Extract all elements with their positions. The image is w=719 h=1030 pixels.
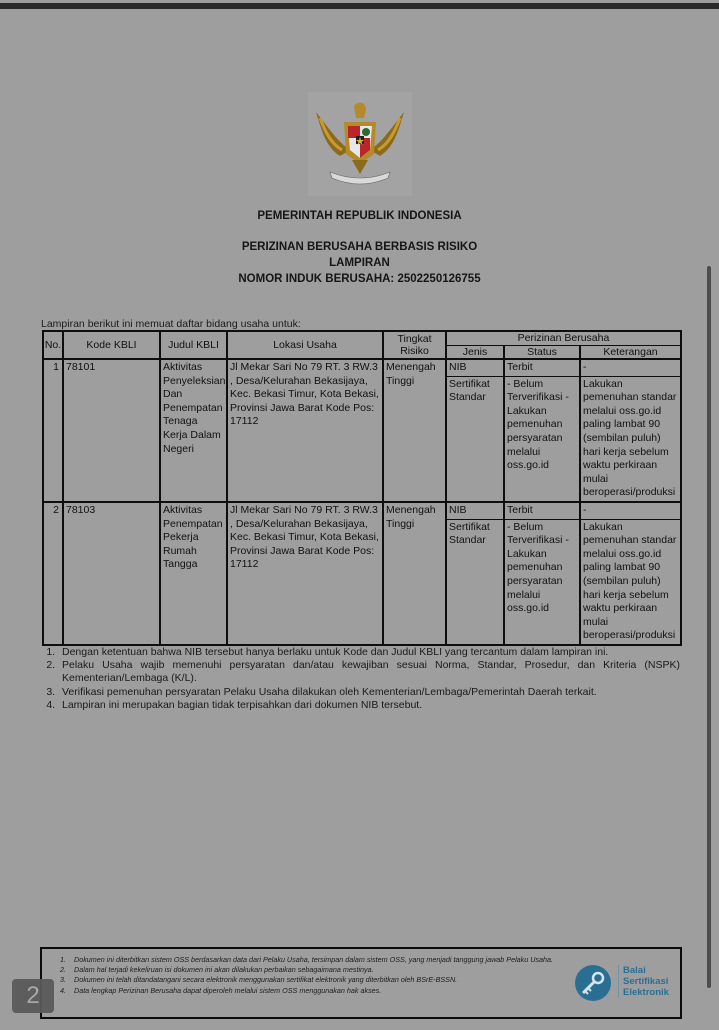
permit-status: Terbit (504, 502, 580, 519)
intro-text: Lampiran berikut ini memuat daftar bidan… (41, 318, 301, 330)
row-lokasi-usaha: Jl Mekar Sari No 79 RT. 3 RW.3 , Desa/Ke… (227, 502, 383, 645)
row-no: 1 (43, 359, 63, 502)
note-item: Lampiran ini merupakan bagian tidak terp… (58, 699, 680, 712)
row-kode-kbli: 78101 (63, 359, 160, 502)
permit-jenis: NIB (446, 502, 504, 519)
row-no: 2 (43, 502, 63, 645)
note-item: Dengan ketentuan bahwa NIB tersebut hany… (58, 646, 680, 659)
logo-text-line1: Balai (623, 965, 669, 976)
permit-status: Terbit (504, 359, 580, 376)
vertical-scrollbar[interactable] (707, 266, 711, 988)
header-judul-kbli: Judul KBLI (160, 331, 227, 359)
permit-keterangan: - (580, 359, 681, 376)
table-row: 1 78101 Aktivitas Penyeleksian Dan Penem… (43, 359, 681, 376)
permit-keterangan: - (580, 502, 681, 519)
document-subtitle: LAMPIRAN (0, 257, 719, 269)
garuda-emblem-icon (308, 92, 412, 196)
row-judul-kbli: Aktivitas Penempatan Pekerja Rumah Tangg… (160, 502, 227, 645)
viewer-top-bar (0, 3, 719, 9)
nib-number: NOMOR INDUK BERUSAHA: 2502250126755 (0, 273, 719, 285)
row-lokasi-usaha: Jl Mekar Sari No 79 RT. 3 RW.3 , Desa/Ke… (227, 359, 383, 502)
document-title: PERIZINAN BERUSAHA BERBASIS RISIKO (0, 241, 719, 253)
row-tingkat-risiko: Menengah Tinggi (383, 502, 446, 645)
logo-text-line2: Sertifikasi (623, 976, 669, 987)
permit-jenis: Sertifikat Standar (446, 376, 504, 502)
footer-item: Dokumen ini diterbitkan sistem OSS berda… (68, 955, 588, 965)
permit-jenis: NIB (446, 359, 504, 376)
permit-status: - Belum Terverifikasi - Lakukan pemenuha… (504, 376, 580, 502)
header-perizinan-berusaha: Perizinan Berusaha (446, 331, 681, 345)
header-no: No. (43, 331, 63, 359)
note-item: Pelaku Usaha wajib memenuhi persyaratan … (58, 659, 680, 685)
note-item: Verifikasi pemenuhan persyaratan Pelaku … (58, 686, 680, 699)
header-status: Status (504, 345, 580, 359)
logo-text-line3: Elektronik (623, 987, 669, 998)
key-icon (574, 964, 612, 1002)
header-lokasi-usaha: Lokasi Usaha (227, 331, 383, 359)
bsre-logo: Balai Sertifikasi Elektronik (574, 963, 672, 1003)
permit-keterangan: Lakukan pemenuhan standar melalui oss.go… (580, 519, 681, 645)
table-row: 2 78103 Aktivitas Penempatan Pekerja Rum… (43, 502, 681, 519)
row-kode-kbli: 78103 (63, 502, 160, 645)
kbli-table: No. Kode KBLI Judul KBLI Lokasi Usaha Ti… (42, 330, 682, 646)
footer-item: Dokumen ini telah ditandatangani secara … (68, 975, 588, 985)
footer-disclaimer: Dokumen ini diterbitkan sistem OSS berda… (40, 947, 682, 1019)
row-tingkat-risiko: Menengah Tinggi (383, 359, 446, 502)
page-number-badge: 2 (12, 979, 54, 1013)
permit-keterangan: Lakukan pemenuhan standar melalui oss.go… (580, 376, 681, 502)
permit-status: - Belum Terverifikasi - Lakukan pemenuha… (504, 519, 580, 645)
footer-item: Data lengkap Perizinan Berusaha dapat di… (68, 986, 588, 996)
notes-list: Dengan ketentuan bahwa NIB tersebut hany… (40, 646, 680, 712)
header-kode-kbli: Kode KBLI (63, 331, 160, 359)
government-header: PEMERINTAH REPUBLIK INDONESIA (0, 210, 719, 222)
header-keterangan: Keterangan (580, 345, 681, 359)
header-jenis: Jenis (446, 345, 504, 359)
permit-jenis: Sertifikat Standar (446, 519, 504, 645)
footer-item: Dalam hal terjadi kekeliruan isi dokumen… (68, 965, 588, 975)
header-tingkat-risiko: Tingkat Risiko (383, 331, 446, 359)
row-judul-kbli: Aktivitas Penyeleksian Dan Penempatan Te… (160, 359, 227, 502)
